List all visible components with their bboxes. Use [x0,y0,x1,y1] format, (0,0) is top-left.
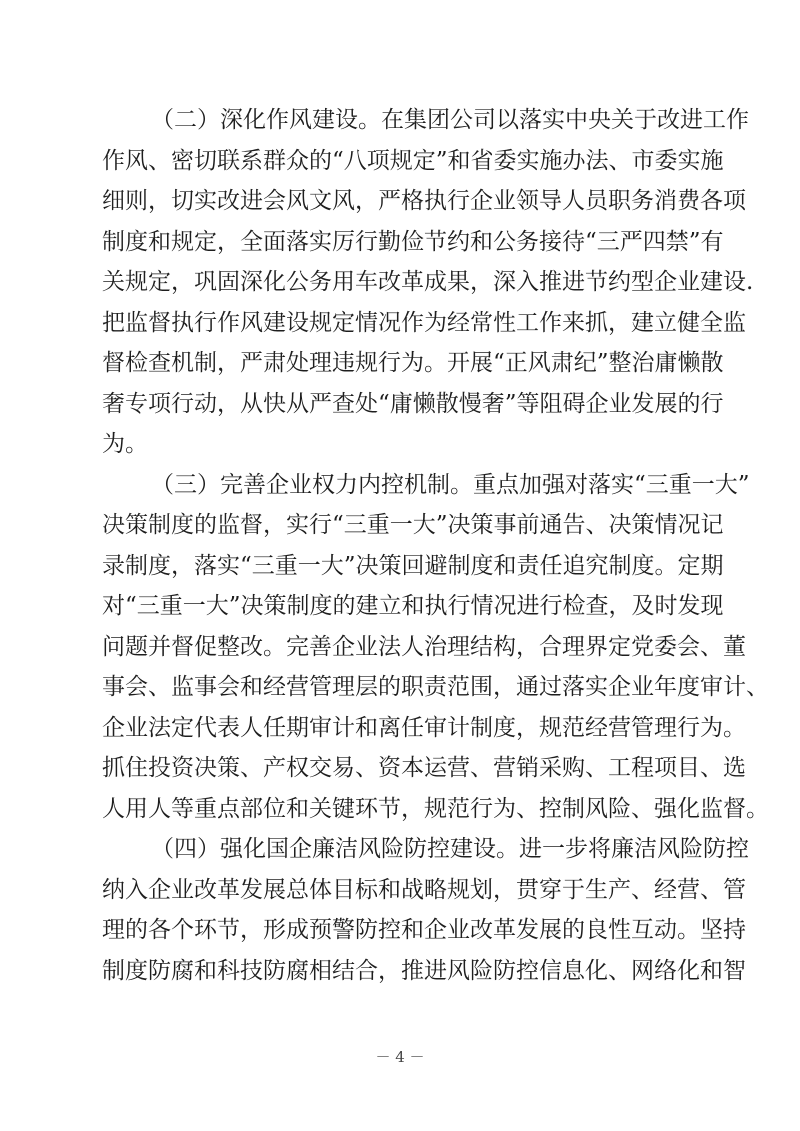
text-line: 事会、监事会和经营管理层的职责范围，通过落实企业年度审计、 [102,667,698,708]
text-line: 决策制度的监督，实行“三重一大”决策事前通告、决策情况记 [102,505,698,546]
text-line: 理的各个环节，形成预警防控和企业改革发展的良性互动。坚持 [102,910,698,951]
text-line: （三）完善企业权力内控机制。重点加强对落实“三重一大” [102,465,698,506]
text-line: 关规定，巩固深化公务用车改革成果，深入推进节约型企业建设. [102,262,698,303]
text-line: 细则，切实改进会风文风，严格执行企业领导人员职务消费各项 [102,181,698,222]
text-line: 把监督执行作风建设规定情况作为经常性工作来抓，建立健全监 [102,303,698,344]
text-line: 问题并督促整改。完善企业法人治理结构，合理界定党委会、董 [102,627,698,668]
text-line: 制度和规定，全面落实厉行勤俭节约和公务接待“三严四禁”有 [102,222,698,263]
text-line: 录制度，落实“三重一大”决策回避制度和责任追究制度。定期 [102,546,698,587]
text-line: 督检查机制，严肃处理违规行为。开展“正风肃纪”整治庸懒散 [102,343,698,384]
text-line: 为。 [102,424,698,465]
body-text: （二）深化作风建设。在集团公司以落实中央关于改进工作 作风、密切联系群众的“八项… [102,100,698,991]
paragraph-integrity-risk: （四）强化国企廉洁风险防控建设。进一步将廉洁风险防控 纳入企业改革发展总体目标和… [102,829,698,991]
text-line: （四）强化国企廉洁风险防控建设。进一步将廉洁风险防控 [102,829,698,870]
text-line: （二）深化作风建设。在集团公司以落实中央关于改进工作 [102,100,698,141]
text-line: 纳入企业改革发展总体目标和战略规划，贯穿于生产、经营、管 [102,870,698,911]
paragraph-internal-control: （三）完善企业权力内控机制。重点加强对落实“三重一大” 决策制度的监督，实行“三… [102,465,698,830]
text-line: 制度防腐和科技防腐相结合，推进风险防控信息化、网络化和智 [102,951,698,992]
paragraph-deepen-work-style: （二）深化作风建设。在集团公司以落实中央关于改进工作 作风、密切联系群众的“八项… [102,100,698,465]
text-line: 对“三重一大”决策制度的建立和执行情况进行检查，及时发现 [102,586,698,627]
text-line: 企业法定代表人任期审计和离任审计制度，规范经营管理行为。 [102,708,698,749]
text-line: 奢专项行动，从快从严查处“庸懒散慢奢”等阻碍企业发展的行 [102,384,698,425]
text-line: 作风、密切联系群众的“八项规定”和省委实施办法、市委实施 [102,141,698,182]
document-page: （二）深化作风建设。在集团公司以落实中央关于改进工作 作风、密切联系群众的“八项… [0,0,800,1131]
text-line: 抓住投资决策、产权交易、资本运营、营销采购、工程项目、选 [102,748,698,789]
text-line: 人用人等重点部位和关键环节，规范行为、控制风险、强化监督。 [102,789,698,830]
page-number: － 4 － [0,1046,800,1067]
